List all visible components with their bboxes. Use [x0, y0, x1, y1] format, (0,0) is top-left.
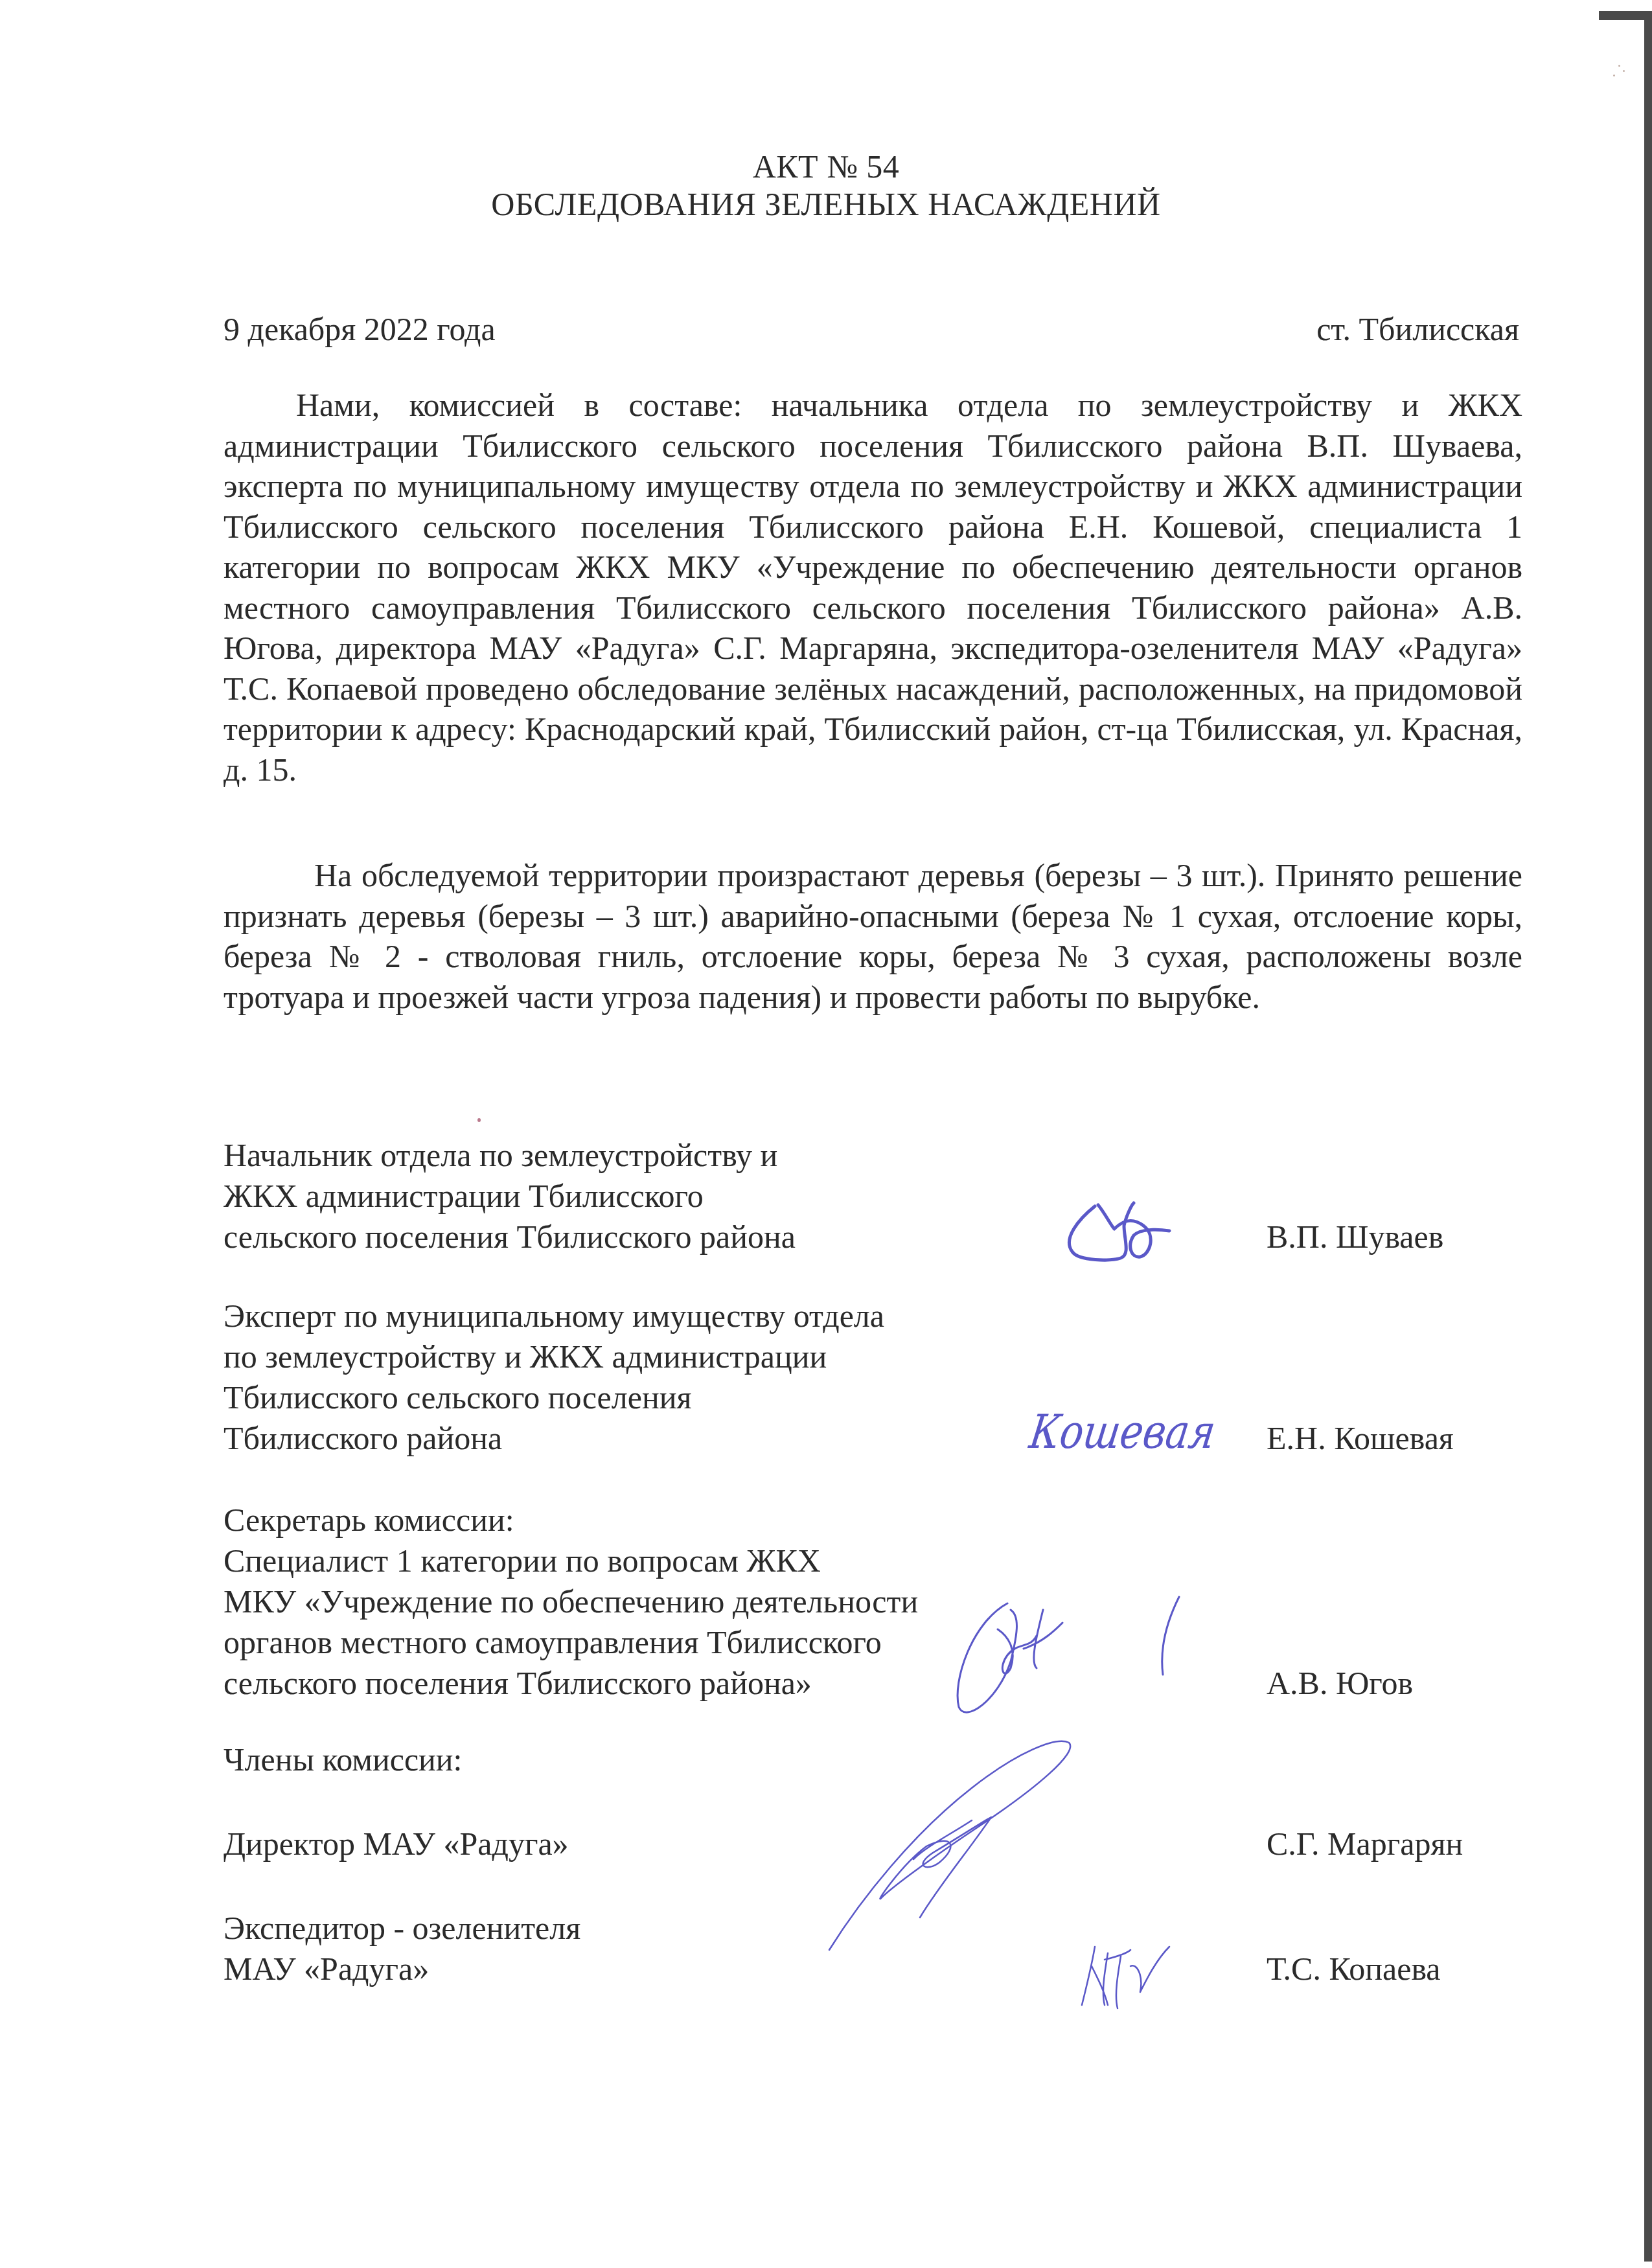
signatory-name: Е.Н. Кошевая: [1267, 1418, 1454, 1459]
document-page: АКТ № 54 ОБСЛЕДОВАНИЯ ЗЕЛЕНЫХ НАСАЖДЕНИЙ…: [0, 0, 1652, 2268]
act-subject: ОБСЛЕДОВАНИЯ ЗЕЛЕНЫХ НАСАЖДЕНИЙ: [0, 185, 1652, 223]
document-place: ст. Тбилисская: [1316, 310, 1519, 349]
signatory-block-2: Эксперт по муниципальному имуществу отде…: [224, 1296, 1522, 1459]
document-title: АКТ № 54 ОБСЛЕДОВАНИЯ ЗЕЛЕНЫХ НАСАЖДЕНИЙ: [0, 148, 1652, 223]
scan-mark: [477, 1118, 481, 1122]
paragraph-decision: На обследуемой территории произрастают д…: [224, 855, 1522, 1017]
signature-icon: [823, 1736, 1095, 1969]
signature-icon: [946, 1584, 1218, 1726]
signatory-name: В.П. Шуваев: [1267, 1217, 1443, 1257]
signatory-name: А.В. Югов: [1267, 1663, 1413, 1704]
signature-icon: [1079, 1940, 1176, 2011]
signature-icon: [1059, 1200, 1189, 1277]
scan-mark: [1623, 70, 1625, 72]
act-number: АКТ № 54: [0, 148, 1652, 185]
paragraph-commission: Нами, комиссией в составе: начальника от…: [224, 385, 1522, 790]
member-name: С.Г. Маргарян: [1267, 1824, 1463, 1864]
signatory-block-3: Секретарь комиссии: Специалист 1 категор…: [224, 1500, 1522, 1704]
scan-mark: [1618, 65, 1620, 67]
scan-mark: [1613, 74, 1615, 76]
document-date: 9 декабря 2022 года: [224, 310, 496, 349]
member-name: Т.С. Копаева: [1267, 1949, 1441, 1989]
signatory-block-1: Начальник отдела по землеустройству и ЖК…: [224, 1135, 1522, 1257]
signature-icon: Кошевая: [1027, 1408, 1219, 1458]
